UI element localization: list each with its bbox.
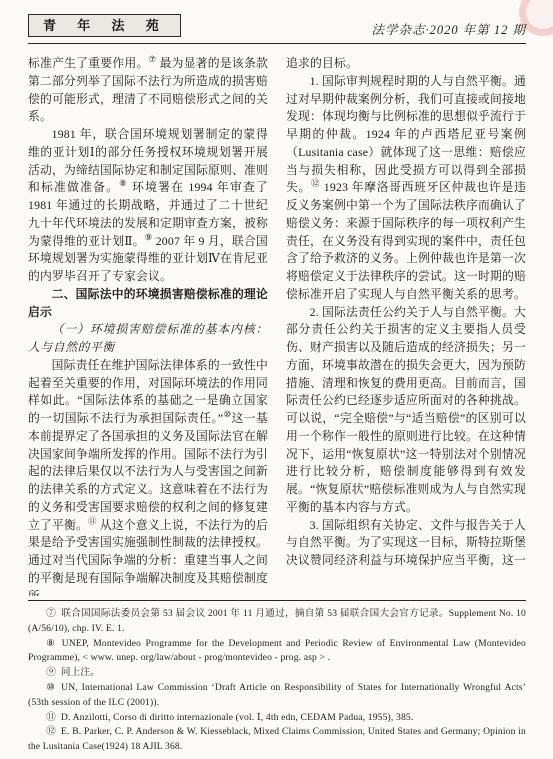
journal-page: 青 年 法 苑 法学杂志·2020 年第 12 期 标准产生了重要作用。⑦ 最为… (0, 0, 553, 759)
paragraph: 1. 国际审判规程时期的人与自然平衡。通过对早期仲裁案例分析，我们可直接或间接地… (286, 73, 526, 304)
footnote-item: ⑨ 同上注。 (28, 666, 526, 681)
footnote-item: ⑦ 联合国国际法委员会第 53 届会议 2001 年 11 月通过，摘自第 53… (28, 607, 526, 637)
footnote-item: ⑧ UNEP, Montevideo Programme for the Dev… (28, 637, 526, 667)
paragraph: 3. 国际组织有关协定、文件与报告关于人与自然平衡。为了实现这一目标，斯特拉斯堡… (286, 517, 526, 570)
paragraph: 二、国际法中的环境损害赔偿标准的理论启示 (28, 286, 268, 322)
paragraph: 追求的目标。 (286, 55, 526, 73)
paragraph: 1981 年，联合国环境规划署制定的蒙得维的亚计划Ⅰ的部分任务授权环境规划署开展… (28, 126, 268, 286)
masthead: 青 年 法 苑 法学杂志·2020 年第 12 期 (28, 14, 526, 40)
paragraph: 2. 国际法责任公约关于人与自然平衡。大部分责任公约关于损害的定义主要指人员受伤… (286, 304, 526, 517)
paragraph: （一）环境损害赔偿标准的基本内核：人与自然的平衡 (28, 321, 268, 357)
header-rule (28, 43, 526, 44)
paragraph: 国际责任在维护国际法律体系的一致性中起着至关重要的作用，对国际环境法的作用同样如… (28, 357, 268, 596)
footnote-divider (28, 600, 526, 601)
footnote-item: ⑫ E. B. Parker, C. P. Anderson & W. Kies… (28, 725, 526, 755)
footnote-item: ⑩ UN, International Law Commission ‘Draf… (28, 681, 526, 711)
right-column: 追求的目标。1. 国际审判规程时期的人与自然平衡。通过对早期仲裁案例分析，我们可… (286, 55, 526, 596)
section-badge: 青 年 法 苑 (28, 14, 181, 37)
journal-issue-label: 法学杂志·2020 年第 12 期 (371, 20, 526, 38)
left-column: 标准产生了重要作用。⑦ 最为显著的是该条款第二部分列举了国际不法行为所造成的损害… (28, 55, 268, 596)
paragraph: 标准产生了重要作用。⑦ 最为显著的是该条款第二部分列举了国际不法行为所造成的损害… (28, 55, 268, 126)
footnote-item: ⑪ D. Anzilotti, Corso di diritto interna… (28, 711, 526, 726)
footnotes-section: ⑦ 联合国国际法委员会第 53 届会议 2001 年 11 月通过，摘自第 53… (28, 607, 526, 755)
article-body: 标准产生了重要作用。⑦ 最为显著的是该条款第二部分列举了国际不法行为所造成的损害… (28, 55, 526, 596)
